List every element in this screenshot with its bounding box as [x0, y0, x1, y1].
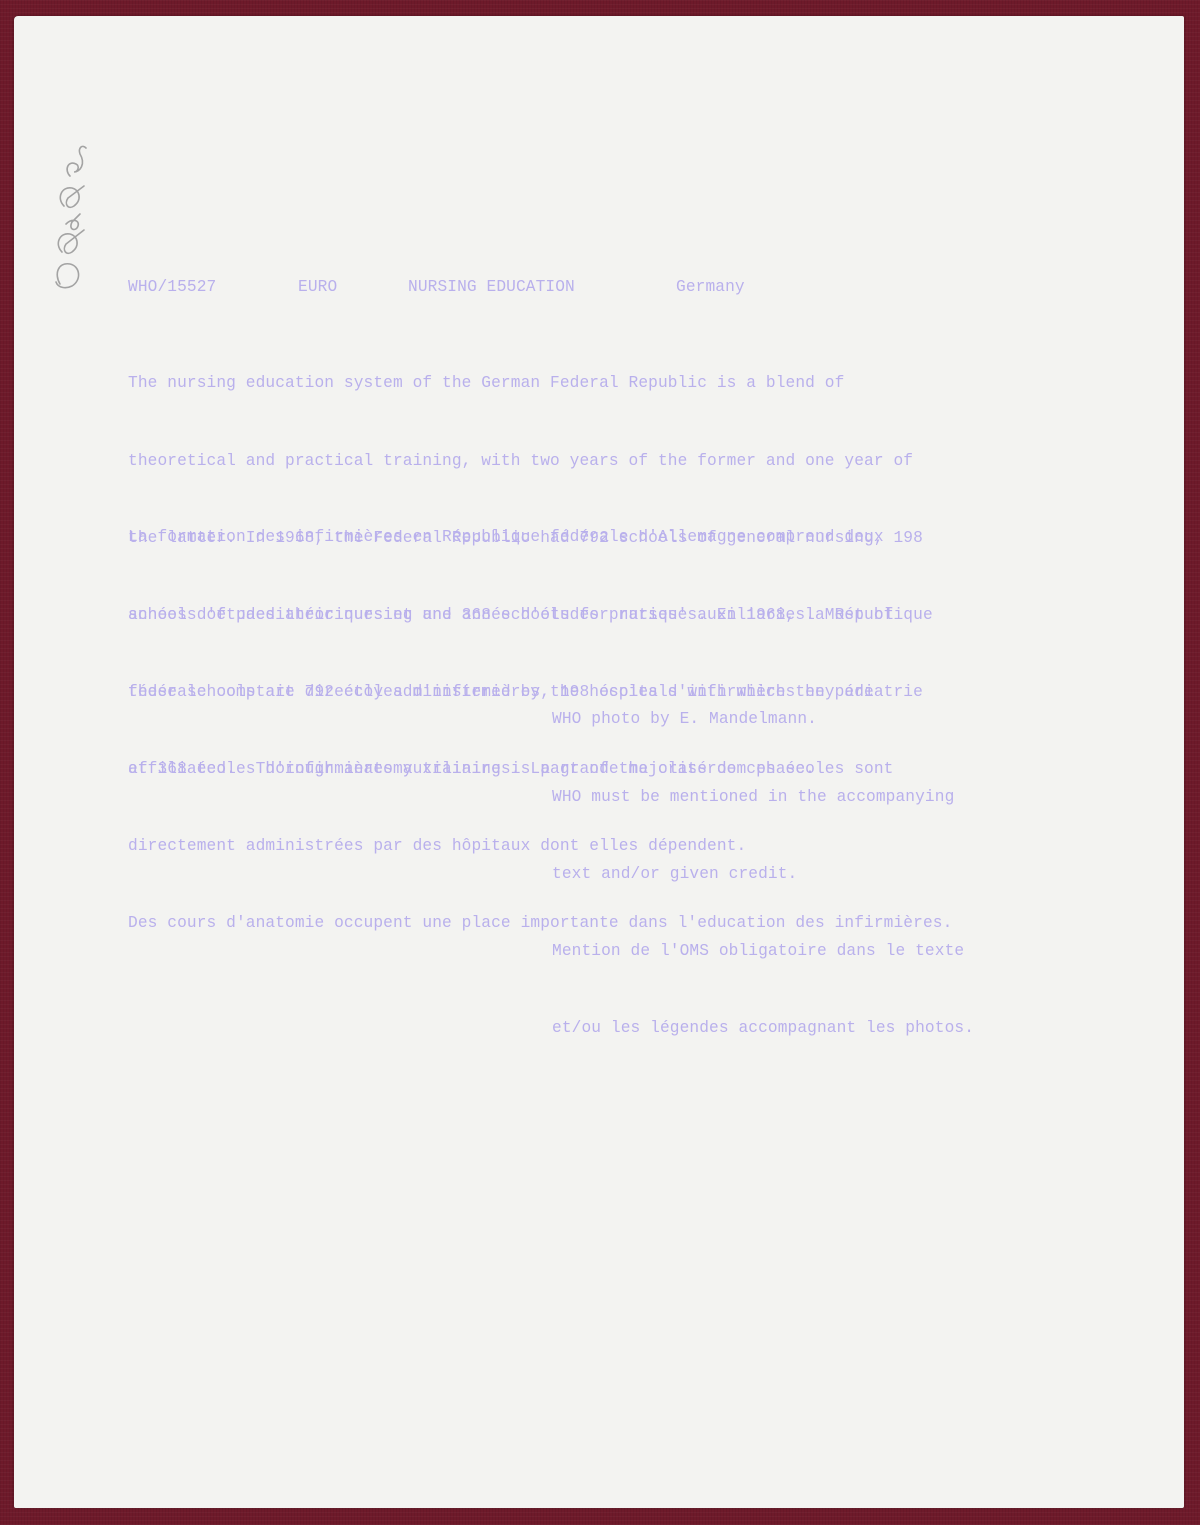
- caption-en-line: theoretical and practical training, with…: [128, 449, 923, 475]
- caption-header: WHO/15527 EURO NURSING EDUCATION Germany: [128, 278, 745, 296]
- caption-en-line: The nursing education system of the Germ…: [128, 371, 923, 397]
- pencil-annotation-icon: [50, 134, 110, 294]
- country-label: Germany: [676, 278, 745, 296]
- handwritten-pencil-note: [50, 134, 110, 294]
- topic-label: NURSING EDUCATION: [408, 278, 676, 296]
- photo-id: WHO/15527: [128, 278, 298, 296]
- credit-line: WHO photo by E. Mandelmann.: [552, 707, 974, 733]
- caption-fr-line: années d'études théoriques et une année …: [128, 603, 952, 629]
- photo-credit: WHO photo by E. Mandelmann. WHO must be …: [552, 656, 974, 1093]
- photo-caption-sheet: WHO/15527 EURO NURSING EDUCATION Germany…: [14, 16, 1184, 1508]
- credit-line: text and/or given credit.: [552, 862, 974, 888]
- credit-line: et/ou les légendes accompagnant les phot…: [552, 1016, 974, 1042]
- caption-fr-line: La formation des infirmières en Républiq…: [128, 525, 952, 551]
- credit-line: WHO must be mentioned in the accompanyin…: [552, 785, 974, 811]
- credit-line: Mention de l'OMS obligatoire dans le tex…: [552, 939, 974, 965]
- region-label: EURO: [298, 278, 408, 296]
